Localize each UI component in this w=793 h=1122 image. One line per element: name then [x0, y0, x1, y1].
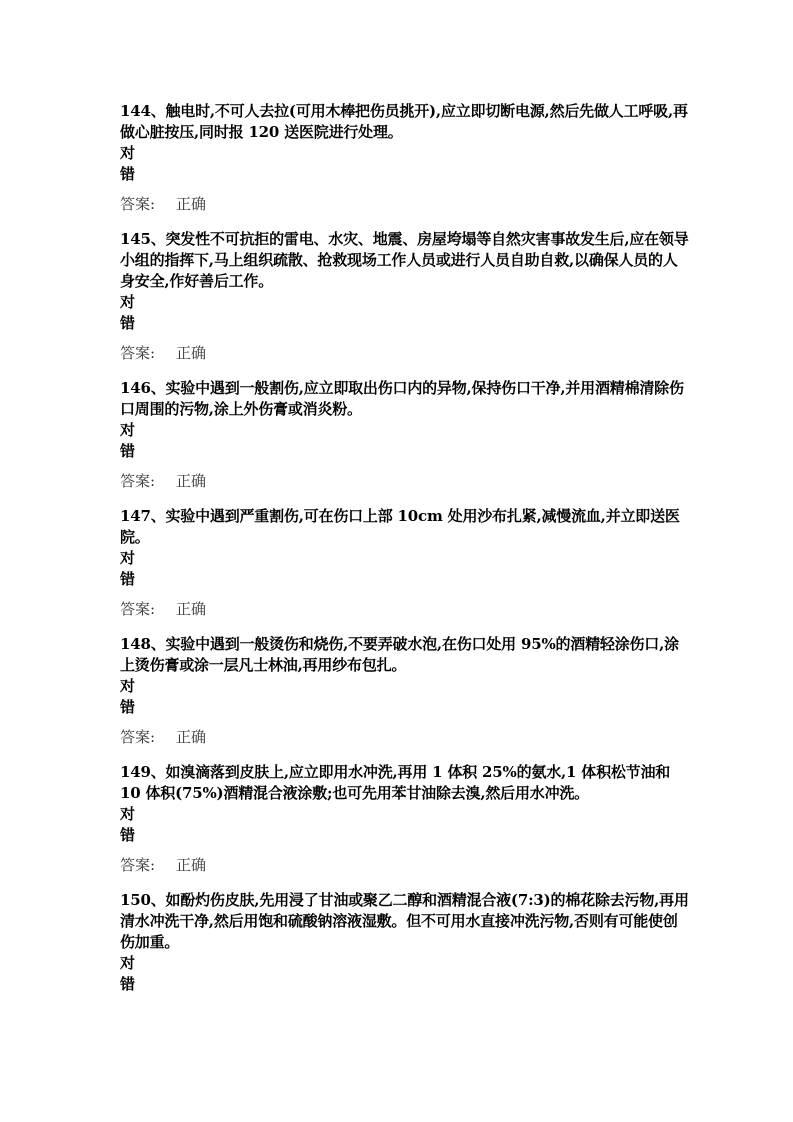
question-text: 146、实验中遇到一般割伤,应立即取出伤口内的异物,保持伤口干净,并用酒精棉清除…	[120, 378, 690, 420]
option-true[interactable]: 对	[120, 804, 690, 825]
question-150: 150、如酚灼伤皮肤,先用浸了甘油或聚乙二醇和酒精混合液(7:3)的棉花除去污物…	[120, 890, 690, 995]
option-false[interactable]: 错	[120, 697, 690, 718]
question-text: 144、触电时,不可人去拉(可用木棒把伤员挑开),应立即切断电源,然后先做人工呼…	[120, 101, 690, 143]
answer-line: 答案:正确	[120, 727, 690, 748]
option-true[interactable]: 对	[120, 292, 690, 313]
option-false[interactable]: 错	[120, 164, 690, 185]
answer-value: 正确	[176, 600, 206, 618]
answer-label: 答案:	[120, 855, 176, 876]
option-true[interactable]: 对	[120, 953, 690, 974]
answer-label: 答案:	[120, 599, 176, 620]
question-text: 149、如溴滴落到皮肤上,应立即用水冲洗,再用 1 体积 25%的氨水,1 体积…	[120, 762, 690, 804]
document-page: 144、触电时,不可人去拉(可用木棒把伤员挑开),应立即切断电源,然后先做人工呼…	[120, 101, 690, 995]
answer-value: 正确	[176, 728, 206, 746]
option-true[interactable]: 对	[120, 676, 690, 697]
answer-label: 答案:	[120, 727, 176, 748]
option-false[interactable]: 错	[120, 974, 690, 995]
option-true[interactable]: 对	[120, 143, 690, 164]
option-false[interactable]: 错	[120, 313, 690, 334]
answer-label: 答案:	[120, 194, 176, 215]
option-false[interactable]: 错	[120, 569, 690, 590]
question-148: 148、实验中遇到一般烫伤和烧伤,不要弄破水泡,在伤口处用 95%的酒精轻涂伤口…	[120, 634, 690, 748]
question-146: 146、实验中遇到一般割伤,应立即取出伤口内的异物,保持伤口干净,并用酒精棉清除…	[120, 378, 690, 492]
question-text: 147、实验中遇到严重割伤,可在伤口上部 10cm 处用沙布扎紧,减慢流血,并立…	[120, 506, 690, 548]
answer-value: 正确	[176, 195, 206, 213]
question-144: 144、触电时,不可人去拉(可用木棒把伤员挑开),应立即切断电源,然后先做人工呼…	[120, 101, 690, 215]
question-text: 150、如酚灼伤皮肤,先用浸了甘油或聚乙二醇和酒精混合液(7:3)的棉花除去污物…	[120, 890, 690, 953]
option-true[interactable]: 对	[120, 548, 690, 569]
answer-label: 答案:	[120, 343, 176, 364]
answer-line: 答案:正确	[120, 599, 690, 620]
answer-value: 正确	[176, 472, 206, 490]
answer-line: 答案:正确	[120, 343, 690, 364]
option-false[interactable]: 错	[120, 441, 690, 462]
answer-line: 答案:正确	[120, 194, 690, 215]
option-false[interactable]: 错	[120, 825, 690, 846]
question-text: 148、实验中遇到一般烫伤和烧伤,不要弄破水泡,在伤口处用 95%的酒精轻涂伤口…	[120, 634, 690, 676]
answer-line: 答案:正确	[120, 471, 690, 492]
answer-value: 正确	[176, 344, 206, 362]
option-true[interactable]: 对	[120, 420, 690, 441]
question-145: 145、突发性不可抗拒的雷电、水灾、地震、房屋垮塌等自然灾害事故发生后,应在领导…	[120, 229, 690, 364]
question-147: 147、实验中遇到严重割伤,可在伤口上部 10cm 处用沙布扎紧,减慢流血,并立…	[120, 506, 690, 620]
question-149: 149、如溴滴落到皮肤上,应立即用水冲洗,再用 1 体积 25%的氨水,1 体积…	[120, 762, 690, 876]
answer-line: 答案:正确	[120, 855, 690, 876]
question-text: 145、突发性不可抗拒的雷电、水灾、地震、房屋垮塌等自然灾害事故发生后,应在领导…	[120, 229, 690, 292]
answer-value: 正确	[176, 856, 206, 874]
answer-label: 答案:	[120, 471, 176, 492]
